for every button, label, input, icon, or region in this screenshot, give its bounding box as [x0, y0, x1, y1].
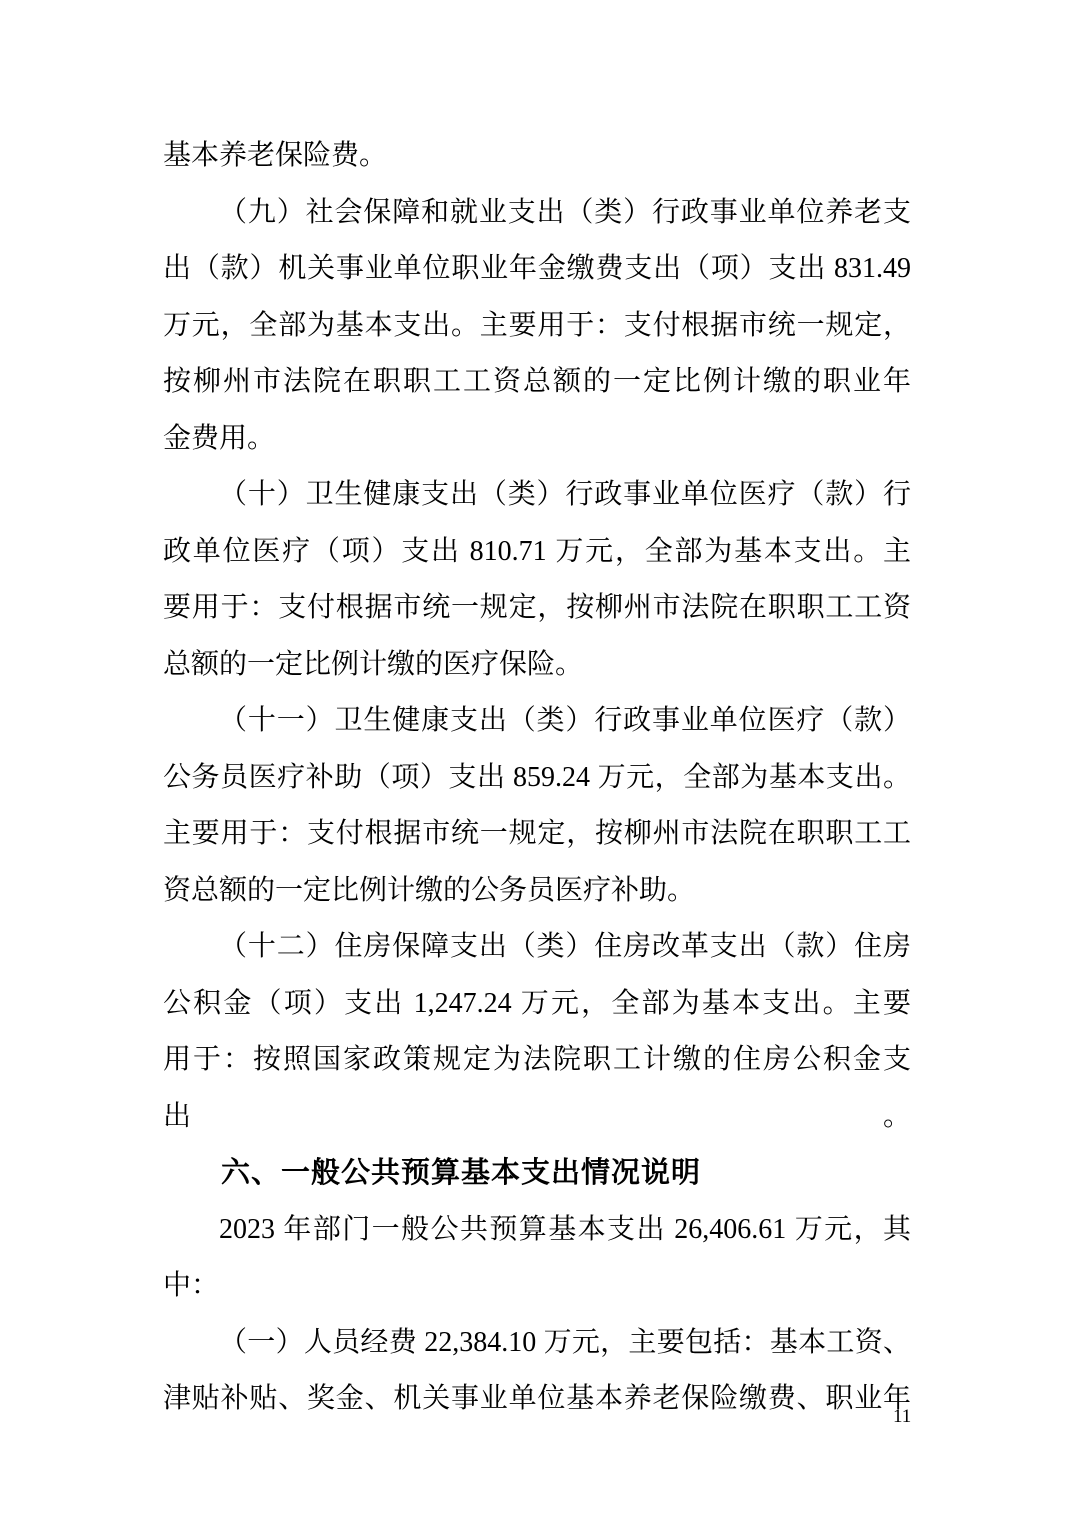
- text-line: （十）卫生健康支出（类）行政事业单位医疗（款）行: [163, 467, 911, 524]
- section-heading: 六、一般公共预算基本支出情况说明: [163, 1145, 911, 1202]
- text-line: （十二）住房保障支出（类）住房改革支出（款）住房: [163, 919, 911, 976]
- text-line: 出（款）机关事业单位职业年金缴费支出（项）支出 831.49: [163, 241, 911, 298]
- text-line: 资总额的一定比例计缴的公务员医疗补助。: [163, 863, 911, 920]
- text-line: （九）社会保障和就业支出（类）行政事业单位养老支: [163, 185, 911, 242]
- text-line: 用于：按照国家政策规定为法院职工计缴的住房公积金支出。: [163, 1032, 911, 1145]
- text-line: 按柳州市法院在职职工工资总额的一定比例计缴的职业年: [163, 354, 911, 411]
- text-line: 政单位医疗（项）支出 810.71 万元，全部为基本支出。主: [163, 524, 911, 581]
- page-number: 11: [893, 1403, 911, 1431]
- text-line: 总额的一定比例计缴的医疗保险。: [163, 637, 911, 694]
- text-line: （十一）卫生健康支出（类）行政事业单位医疗（款）: [163, 693, 911, 750]
- text-line: 万元，全部为基本支出。主要用于：支付根据市统一规定，: [163, 298, 911, 355]
- text-line: 公务员医疗补助（项）支出 859.24 万元，全部为基本支出。: [163, 750, 911, 807]
- text-line: 金费用。: [163, 411, 911, 468]
- document-page: 基本养老保险费。 （九）社会保障和就业支出（类）行政事业单位养老支 出（款）机关…: [0, 0, 1075, 1520]
- text-line: 津贴补贴、奖金、机关事业单位基本养老保险缴费、职业年: [163, 1371, 911, 1428]
- text-line: 要用于：支付根据市统一规定，按柳州市法院在职职工工资: [163, 580, 911, 637]
- text-line: 主要用于：支付根据市统一规定，按柳州市法院在职职工工: [163, 806, 911, 863]
- text-line: 中：: [163, 1258, 911, 1315]
- document-body: 基本养老保险费。 （九）社会保障和就业支出（类）行政事业单位养老支 出（款）机关…: [163, 128, 911, 1428]
- text-line: （一）人员经费 22,384.10 万元，主要包括：基本工资、: [163, 1315, 911, 1372]
- text-line: 基本养老保险费。: [163, 128, 911, 185]
- text-line: 2023 年部门一般公共预算基本支出 26,406.61 万元，其: [163, 1202, 911, 1259]
- text-line: 公积金（项）支出 1,247.24 万元，全部为基本支出。主要: [163, 976, 911, 1033]
